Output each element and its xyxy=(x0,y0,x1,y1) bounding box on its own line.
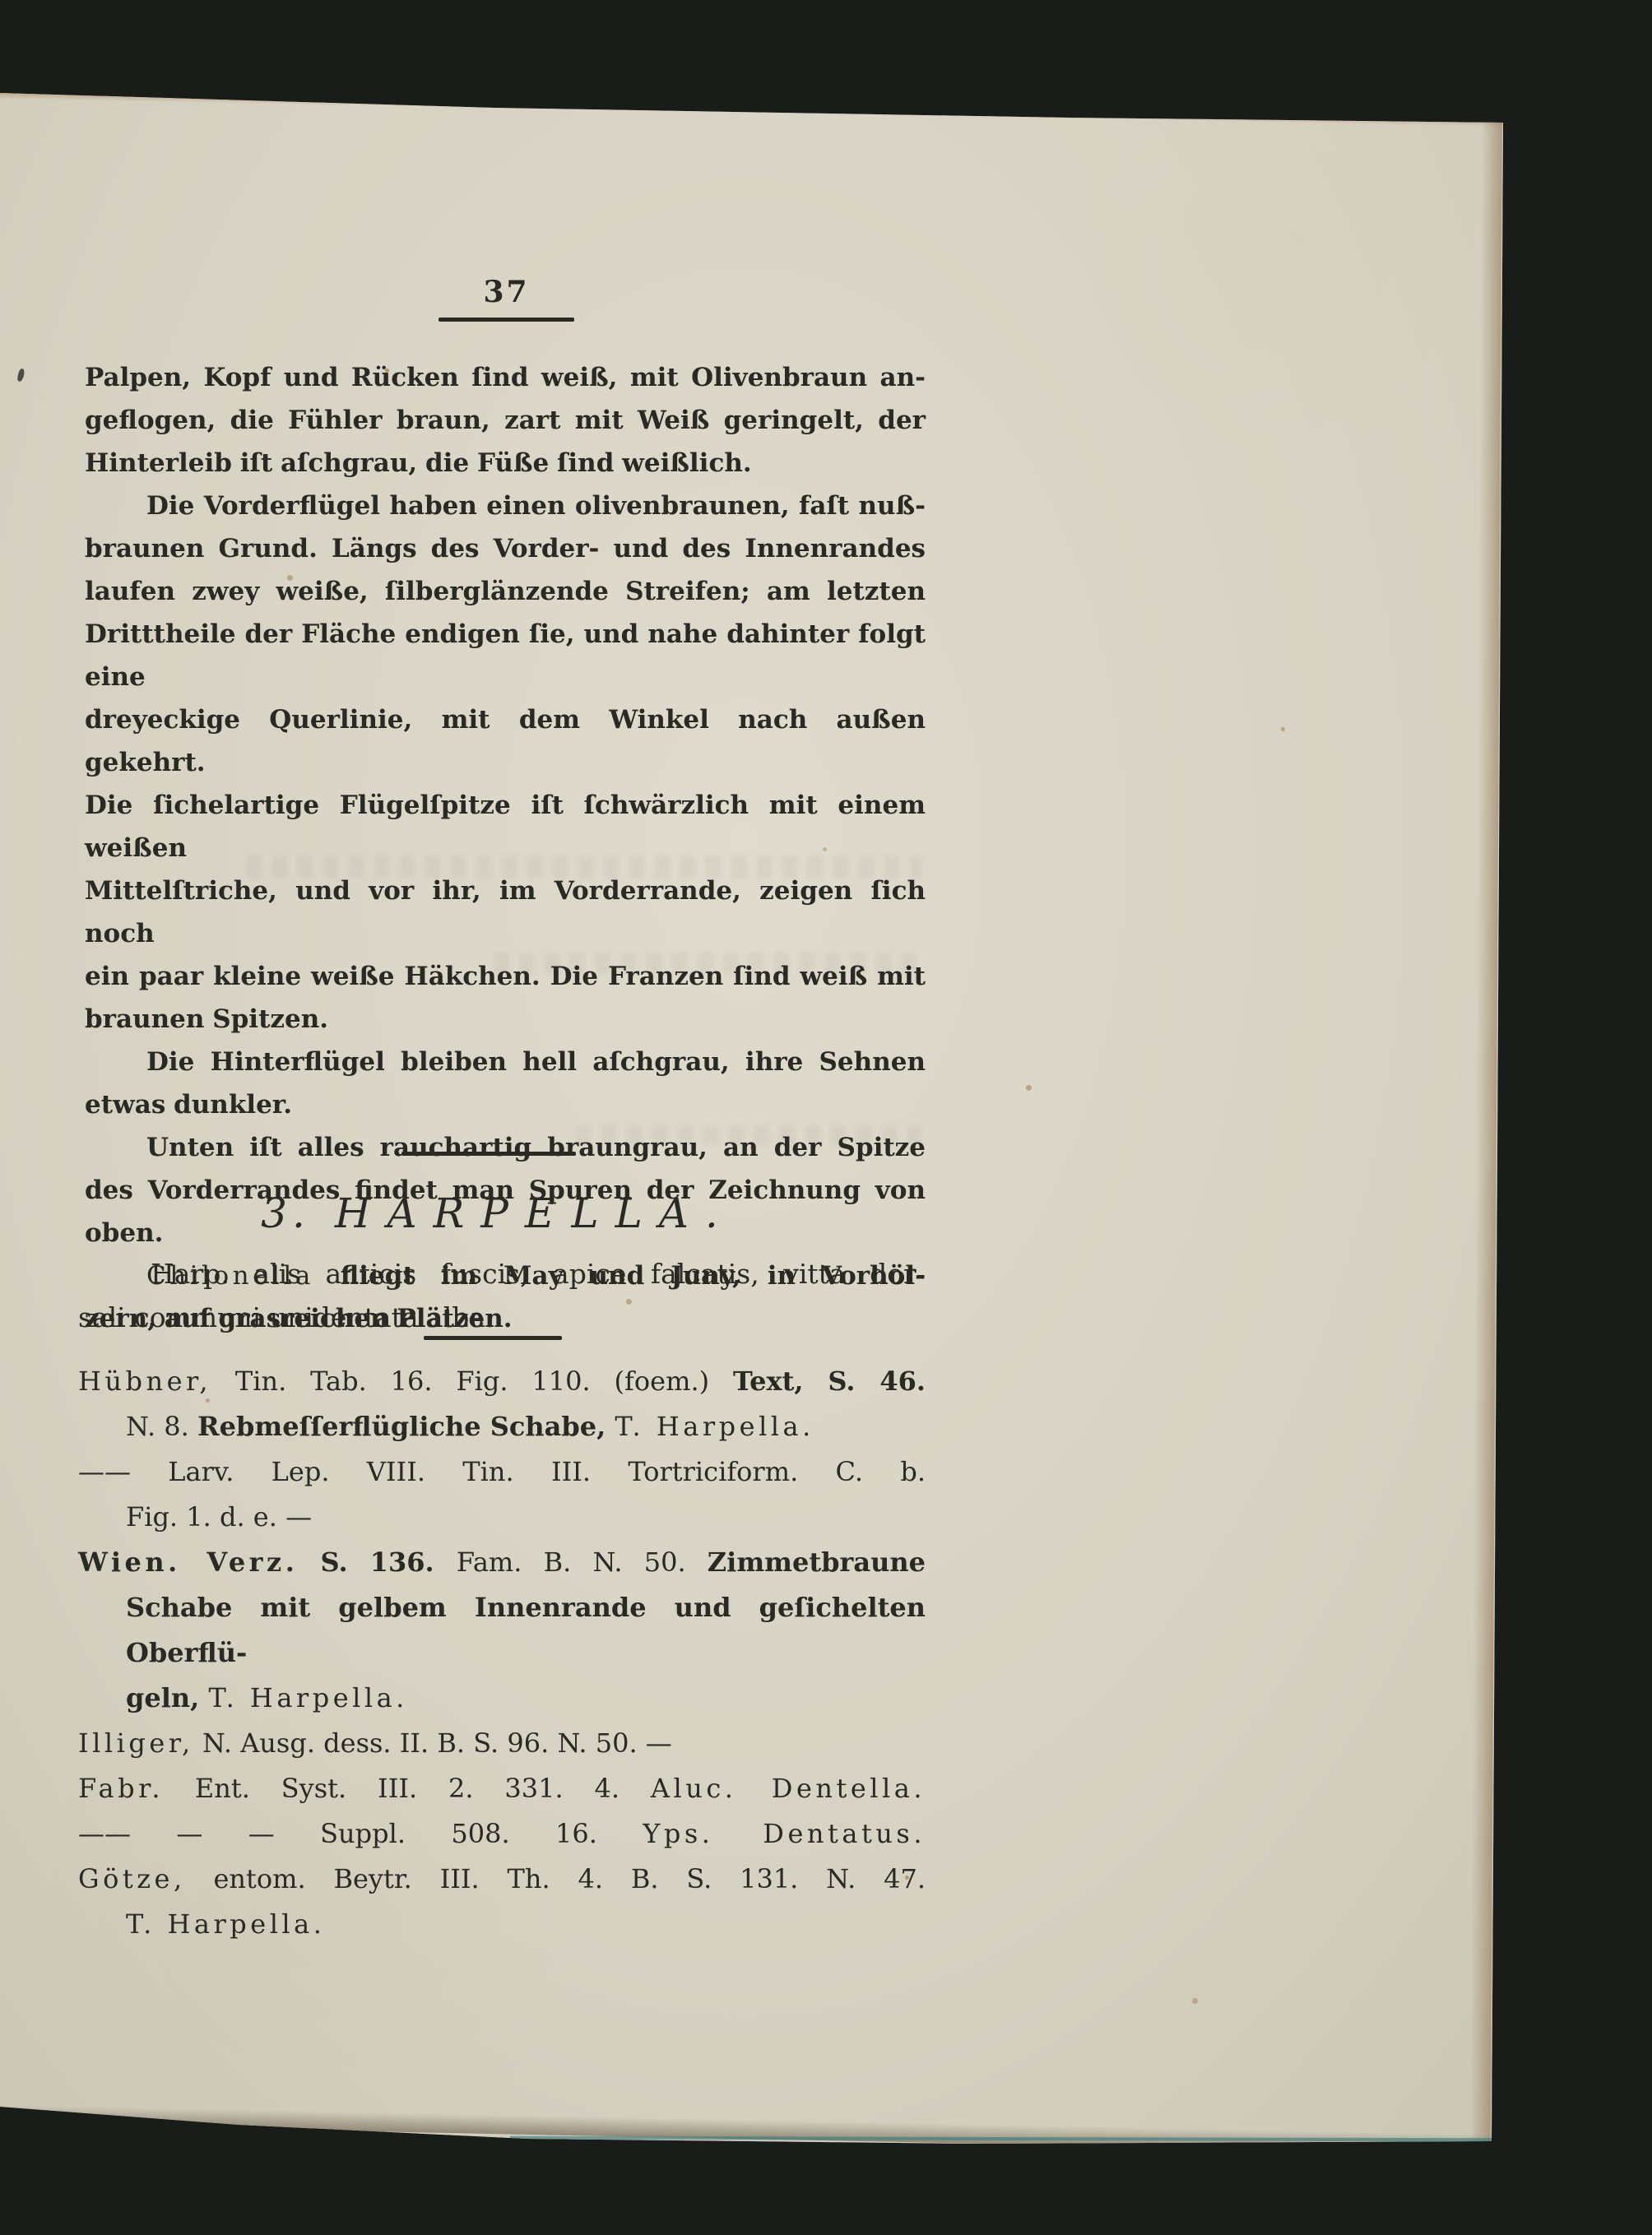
german-vernacular-name: Rebmeſſerflügliche Schabe, xyxy=(197,1411,615,1442)
text-line: dreyeckige Querlinie, mit dem Winkel nac… xyxy=(85,698,926,784)
scanned-book-photo: { "page_number": "37", "body": { "l1": "… xyxy=(0,0,1652,2235)
text-line: braunen Spitzen. xyxy=(85,998,926,1041)
reference-line: Hübner, Tin. Tab. 16. Fig. 110. (foem.) … xyxy=(78,1359,926,1404)
section-heading: 3.HARPELLA. xyxy=(86,1189,909,1237)
text-line: Dritttheile der Fläche endigen ſie, und … xyxy=(85,613,926,698)
reference-line: Götze, entom. Beytr. III. Th. 4. B. S. 1… xyxy=(78,1857,926,1902)
author-name: Fabr. xyxy=(78,1773,164,1804)
text-line: Die Hinterflügel bleiben hell aſchgrau, … xyxy=(85,1041,926,1083)
source-title: Wien. Verz. xyxy=(78,1546,298,1578)
species-name: Aluc. Dentella. xyxy=(651,1773,926,1804)
citation-text: Larv. Lep. VIII. Tin. III. Tortriciform.… xyxy=(131,1456,926,1487)
text-line: Mittelſtriche, und vor ihr, im Vorderran… xyxy=(85,869,926,955)
reference-line: Schabe mit gelbem Innenrande und geſiche… xyxy=(78,1585,926,1676)
citation-text: Text, S. 46. xyxy=(733,1366,926,1397)
species-name: T. Harpella. xyxy=(126,1908,325,1940)
text-line: etwas dunkler. xyxy=(85,1083,926,1126)
text-line: laufen zwey weiße, ſilberglänzende Strei… xyxy=(85,570,926,613)
section-number: 3. xyxy=(261,1189,310,1237)
page-edge-scan-artifact xyxy=(510,2136,1497,2142)
book-page: 37 Palpen, Kopf und Rücken ſind weiß, mi… xyxy=(0,0,1652,2235)
species-name: Yps. Dentatus. xyxy=(643,1818,926,1849)
page-edge-shadow-right xyxy=(1466,115,1502,2147)
german-vernacular-name: Zimmetbraune xyxy=(708,1546,926,1578)
citation-text: — — Suppl. 508. 16. xyxy=(131,1818,643,1849)
citation-text: Ent. Syst. III. 2. 331. 4. xyxy=(164,1773,651,1804)
reference-line: geln, T. Harpella. xyxy=(78,1676,926,1721)
author-name: Illiger, xyxy=(78,1727,194,1759)
page-edge-shadow-top xyxy=(0,87,1652,131)
text-line: Harp. alis anticis fuscis, apice falcati… xyxy=(78,1252,926,1296)
page-number-rule xyxy=(439,318,574,322)
reference-line: N. 8. Rebmeſſerflügliche Schabe, T. Harp… xyxy=(78,1404,926,1449)
page-edge-shadow-bottom xyxy=(0,2103,1652,2157)
text-line: braunen Grund. Längs des Vorder- und des… xyxy=(85,527,926,570)
citation-text: Fam. B. N. 50. xyxy=(457,1546,708,1578)
citation-text: N. 8. xyxy=(126,1411,197,1442)
citation-text: Tin. Tab. 16. Fig. 110. (foem.) xyxy=(211,1366,733,1397)
text-line: Hinterleib iſt aſchgrau, die Füße ſind w… xyxy=(85,442,926,485)
section-divider-rule xyxy=(401,1152,576,1156)
reference-line: Fabr. Ent. Syst. III. 2. 331. 4. Aluc. D… xyxy=(78,1766,926,1811)
citation-text: entom. Beytr. III. Th. 4. B. S. 131. N. … xyxy=(186,1863,926,1894)
text-line: Die Vorderflügel haben einen olivenbraun… xyxy=(85,485,926,527)
species-name: T. Harpella. xyxy=(208,1682,407,1713)
reference-line: Illiger, N. Ausg. dess. II. B. S. 96. N.… xyxy=(78,1721,926,1766)
text-line: Unten iſt alles rauchartig braungrau, an… xyxy=(85,1126,926,1169)
german-vernacular-name: geln, xyxy=(126,1682,208,1713)
text-line: sali communi unidentata alba. xyxy=(78,1296,926,1339)
ditto-dash: —— xyxy=(78,1818,131,1849)
text-line: ein paar kleine weiße Häkchen. Die Franz… xyxy=(85,955,926,998)
diagnosis-divider-rule xyxy=(424,1336,562,1340)
text-line: Palpen, Kopf und Rücken ſind weiß, mit O… xyxy=(85,356,926,399)
author-name: Hübner, xyxy=(78,1366,211,1397)
text-line: geflogen, die Fühler braun, zart mit Wei… xyxy=(85,399,926,442)
reference-line: T. Harpella. xyxy=(78,1902,926,1947)
reference-line: —— Larv. Lep. VIII. Tin. III. Tortricifo… xyxy=(78,1449,926,1495)
reference-line: Fig. 1. d. e. — xyxy=(78,1495,926,1540)
synonymy-references: Hübner, Tin. Tab. 16. Fig. 110. (foem.) … xyxy=(78,1359,926,1947)
author-name: Götze, xyxy=(78,1863,186,1894)
stray-ink-mark xyxy=(16,368,25,382)
reference-line: —— — — Suppl. 508. 16. Yps. Dentatus. xyxy=(78,1811,926,1857)
ditto-dash: —— xyxy=(78,1456,131,1487)
citation-text: N. Ausg. dess. II. B. S. 96. N. 50. — xyxy=(194,1727,672,1759)
reference-line: Wien. Verz. S. 136. Fam. B. N. 50. Zimme… xyxy=(78,1540,926,1585)
latin-diagnosis: Harp. alis anticis fuscis, apice falcati… xyxy=(78,1252,926,1339)
citation-text: S. 136. xyxy=(298,1546,456,1578)
text-line: Die ſichelartige Flügelſpitze iſt ſchwär… xyxy=(85,784,926,869)
species-name: T. Harpella. xyxy=(615,1411,814,1442)
page-number: 37 xyxy=(439,275,574,309)
genus-name: HARPELLA. xyxy=(335,1189,735,1237)
